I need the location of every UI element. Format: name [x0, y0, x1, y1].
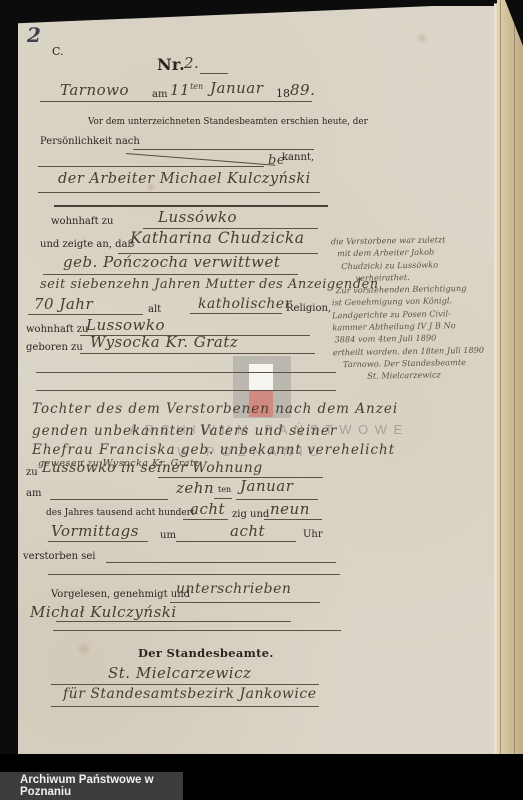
rule-line [53, 630, 341, 631]
year-tens: acht [190, 501, 225, 518]
corner-page-number: 2 [27, 24, 41, 46]
paper-stain [76, 642, 92, 656]
dateline-month: Januar [210, 80, 263, 97]
page-edge-line [514, 0, 515, 754]
dateline-day: 11ten [170, 82, 203, 99]
religion-value: katholischer [198, 297, 292, 312]
dateline-place: Tarnowo [60, 82, 129, 99]
declarant-signature: Michał Kulczyński [30, 604, 177, 621]
rule-line [38, 166, 264, 167]
rule-line [28, 314, 143, 315]
registrar-signature: St. Mielcarzewicz [108, 665, 251, 682]
rule-line [38, 192, 320, 193]
parents-line2: genden unbekannten Vaters und seiner [32, 424, 337, 439]
wohnhaft-label-2: wohnhaft zu [26, 324, 88, 335]
residence-deceased: Lussowko [86, 317, 165, 334]
rule-line [214, 498, 232, 499]
rule-line [176, 541, 296, 542]
rule-line [56, 621, 291, 622]
death-month: Januar [240, 478, 293, 495]
rule-line [36, 390, 336, 391]
photograph-of-register-page: ARCHIWUM PAŃSTWOWE W POZNANIU 2 C. Nr. 2… [0, 0, 523, 800]
record-number-value: 2. [184, 55, 199, 72]
bekannt-print: kannt, [282, 152, 314, 163]
rule-line [170, 602, 320, 603]
rule-line [40, 101, 312, 102]
ten-label: ten [218, 486, 231, 495]
rule-line [264, 519, 322, 520]
record-number-label: Nr. [157, 56, 185, 74]
residence-declarant: Lussówko [158, 209, 237, 226]
deceased-relation: seit siebenzehn Jahren Mutter des Anzeig… [40, 278, 379, 292]
unterschrieben-value: unterschrieben [176, 582, 291, 597]
um-label: um [160, 530, 176, 541]
hour-value: acht [230, 523, 265, 540]
rule-line [43, 274, 298, 275]
photo-bottom-bar: Archiwum Państwowe w Poznaniu [0, 754, 523, 800]
form-letter: C. [52, 46, 64, 58]
vorgelesen-label: Vorgelesen, genehmigt und [51, 589, 190, 600]
age-value: 70 Jahr [34, 296, 93, 313]
rule-line [51, 706, 319, 707]
rule-line [50, 499, 168, 500]
death-day: zehn [176, 480, 214, 497]
rule-line [48, 541, 148, 542]
hand-stroke [126, 153, 276, 166]
watermark-flag-white [249, 364, 273, 390]
birthplace: Wysocka Kr. Gratz [90, 334, 238, 351]
deceased-birthname: geb. Pończocha verwittwet [63, 254, 280, 271]
persoenlichkeit-label: Persönlichkeit nach [40, 136, 140, 147]
marginal-annotation: die Verstorbene war zuletzt mit dem Arbe… [331, 233, 486, 383]
rule-line [133, 149, 314, 150]
zeigte-label: und zeigte an, daß [40, 239, 134, 250]
intro-line: Vor dem unterzeichneten Standesbeamten e… [88, 118, 368, 128]
geboren-label: geboren zu [26, 342, 83, 353]
dateline-am-label: am [152, 89, 167, 100]
margin-note-line: St. Mielcarzewicz [333, 368, 485, 383]
rule-line [200, 73, 228, 74]
parents-line1: Tochter des dem Verstorbenen nach dem An… [32, 402, 398, 417]
am-label-2: am [26, 488, 41, 499]
rule-line [54, 205, 328, 207]
dateline-century: 18 [276, 88, 290, 100]
alt-label: alt [148, 304, 161, 315]
parents-line3: Ehefrau Franciska geb. unbekannt verehel… [32, 443, 395, 458]
registrar-heading: Der Standesbeamte. [138, 647, 274, 660]
death-place: Lussówko in seiner Wohnung [42, 461, 263, 476]
wohnhaft-label-1: wohnhaft zu [51, 216, 113, 227]
rule-line [36, 372, 336, 373]
rule-line [190, 313, 282, 314]
deceased-name: Katharina Chudzicka [130, 230, 304, 247]
verstorben-label: verstorben sei [23, 551, 96, 562]
rule-line [183, 519, 228, 520]
zu-label: zu [26, 467, 38, 478]
religion-label: Religion, [286, 303, 331, 314]
dateline-year: 89. [290, 82, 315, 99]
year-ones: neun [270, 501, 310, 518]
archive-name-label: Archiwum Państwowe w Poznaniu [0, 772, 183, 800]
registrar-note: für Standesamtsbezirk Jankowice [63, 687, 317, 702]
rule-line [106, 562, 336, 563]
daytime-value: Vormittags [51, 523, 139, 540]
rule-line [80, 353, 315, 354]
rule-line [51, 684, 319, 685]
page-edge-line [500, 0, 501, 754]
book-page-edges [494, 0, 523, 754]
document-page: ARCHIWUM PAŃSTWOWE W POZNANIU 2 C. Nr. 2… [18, 6, 494, 754]
rule-line [48, 574, 340, 575]
year-prefix-label: des Jahres tausend acht hundert [46, 509, 195, 519]
uhr-label: Uhr [303, 529, 323, 540]
dateline-day-suffix: ten [190, 82, 203, 91]
paper-stain [416, 32, 428, 44]
declarant-entry: der Arbeiter Michael Kulczyński [58, 172, 311, 188]
